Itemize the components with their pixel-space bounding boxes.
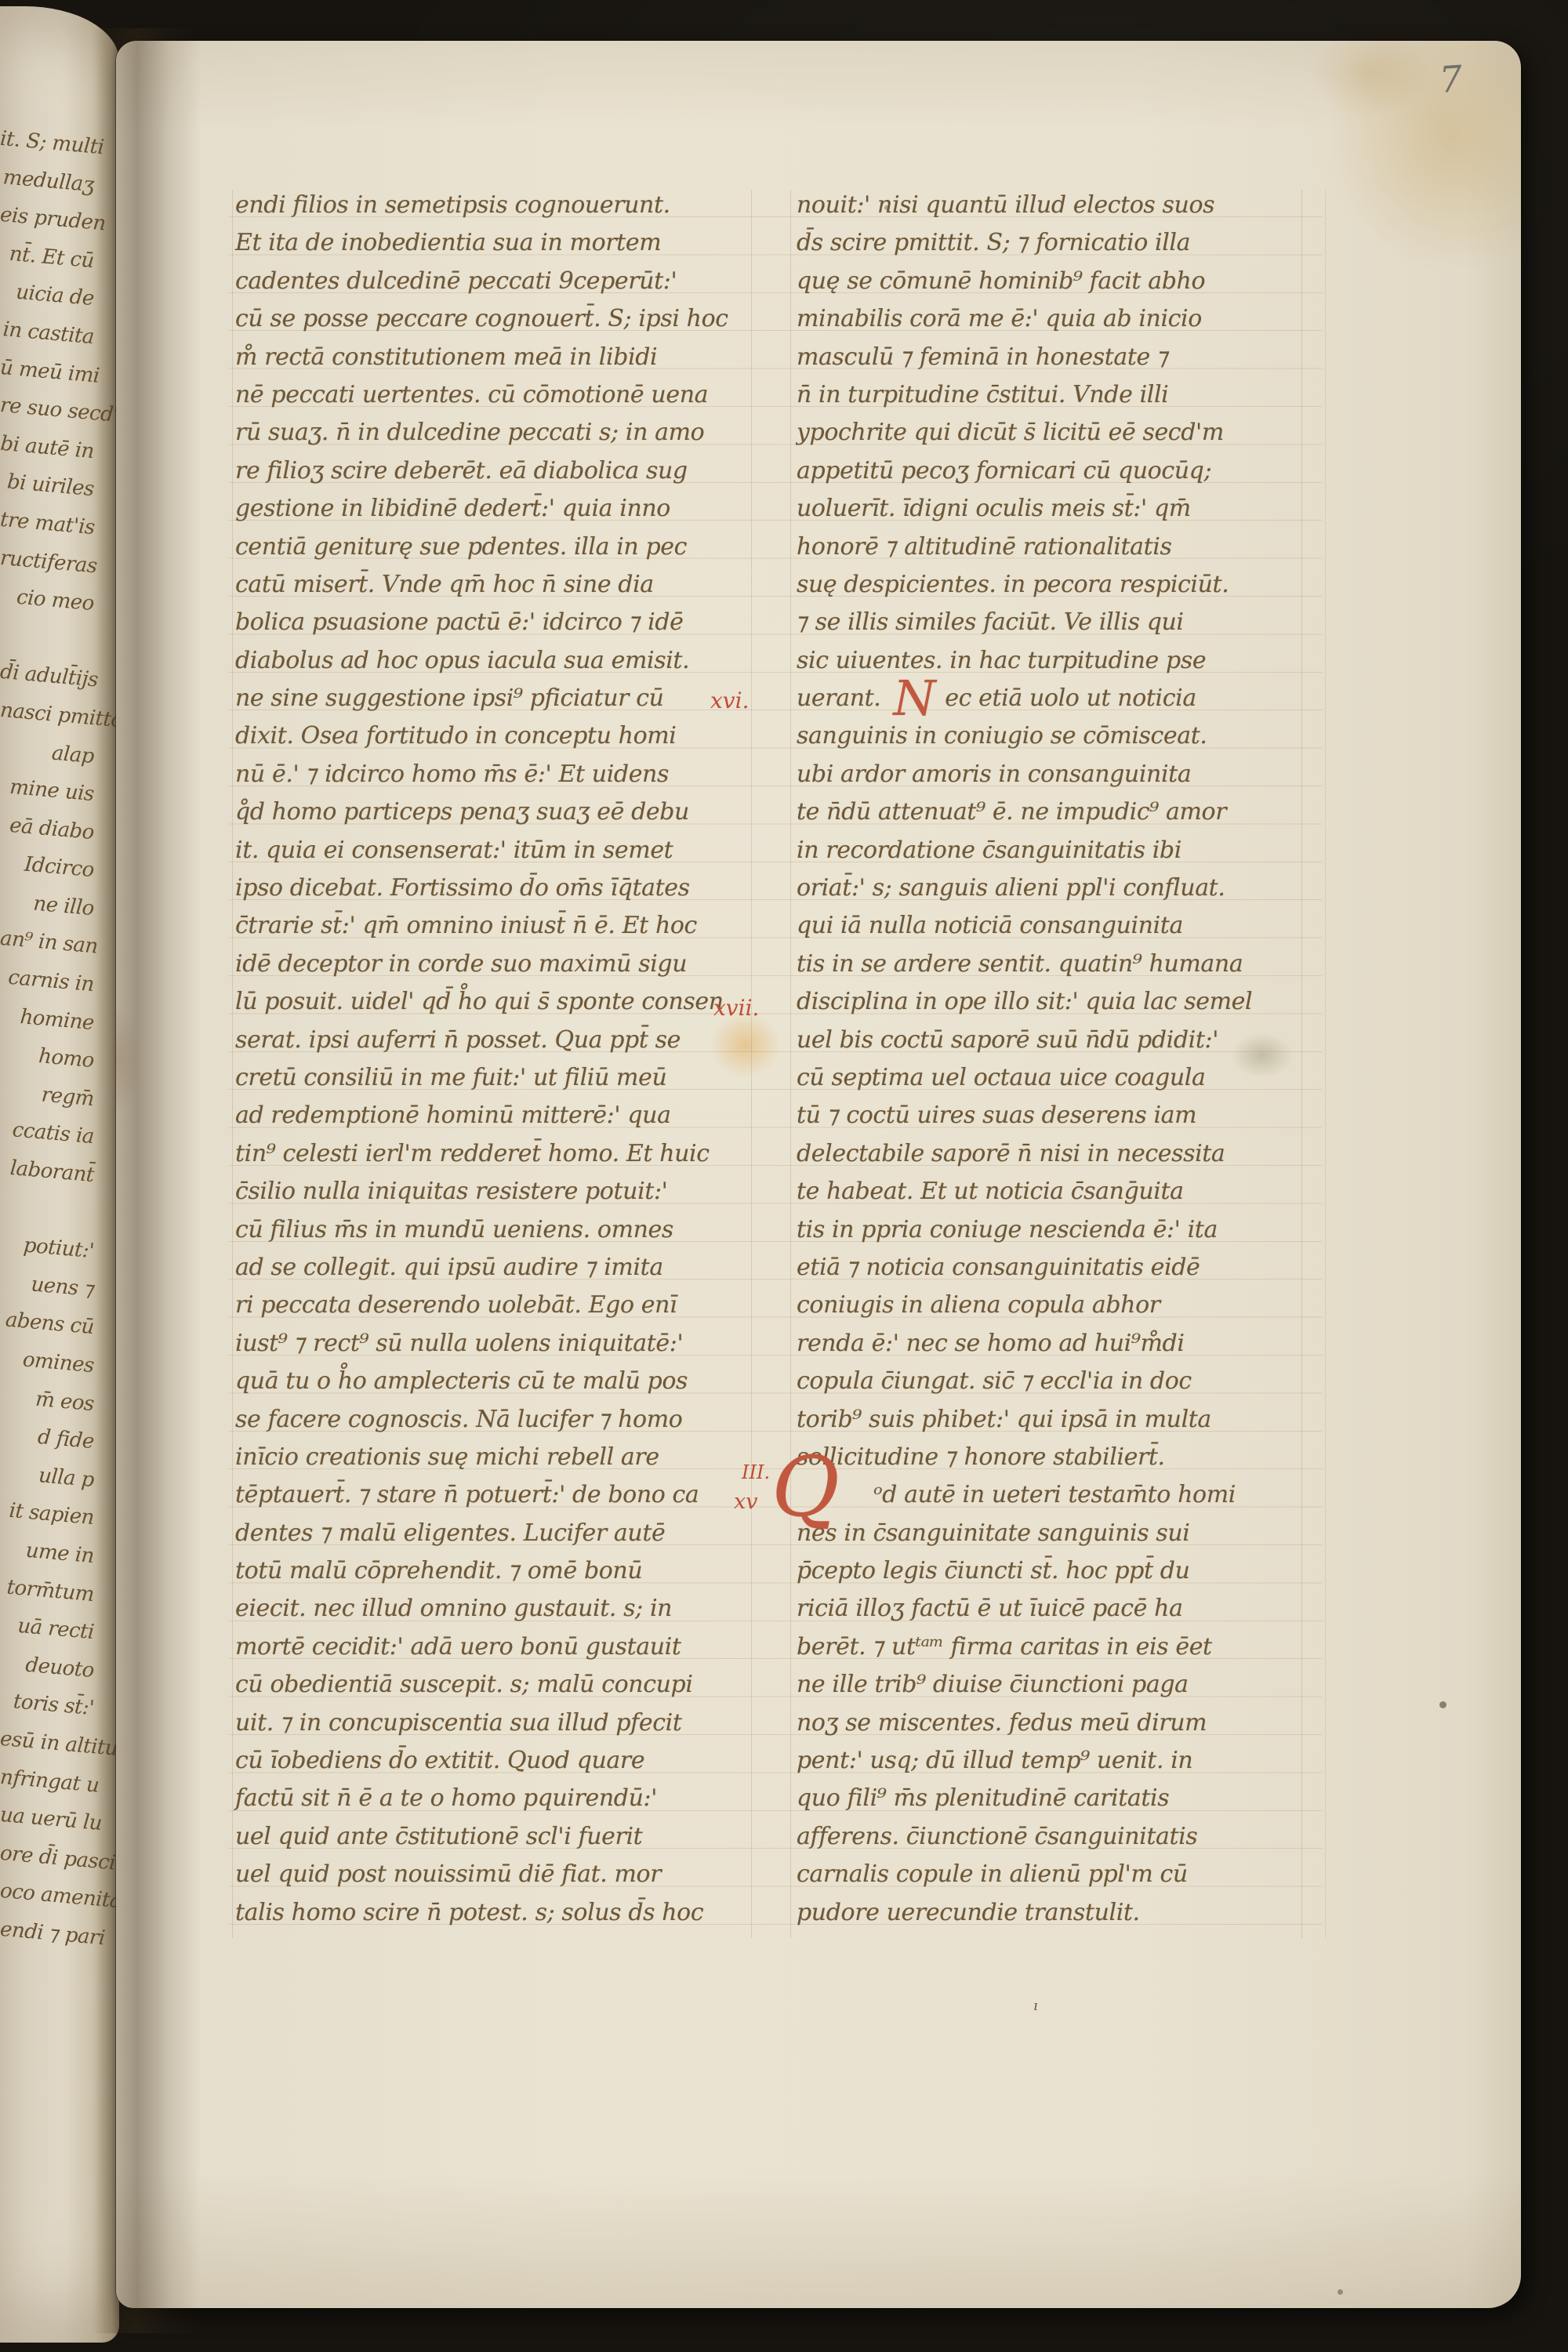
ink-speck — [1338, 2289, 1343, 2295]
text-line: eiecit. nec illud omnino gustauit. s; in — [235, 1590, 765, 1628]
text-line: copula c̄iungat. sic̄ ⁊ eccl'ia in doc — [797, 1363, 1314, 1400]
text-line: ubi ardor amoris in consanguinita — [797, 756, 1314, 793]
line14-before: uerant. — [797, 684, 880, 712]
text-line: endi filios in semetipsis cognouerunt. — [235, 187, 765, 224]
vertical-ruling-left-col-start — [232, 190, 233, 1938]
text-line: qui iā nulla noticiā consanguinita — [797, 907, 1314, 945]
text-line: Et ita de inobedientia sua in mortem — [235, 224, 765, 262]
text-line: quę se cōmunē hominib⁹ facit abho — [797, 263, 1314, 300]
text-line: honorē ⁊ altitudinē rationalitatis — [797, 528, 1314, 566]
text-line-with-initial-n: uerant.Nec etiā uolo ut noticia — [797, 680, 1314, 717]
line35-after: ᵒd autē in ueteri testam̄to homi — [873, 1481, 1236, 1508]
text-line: cū se posse peccare cognouert̄. S; ipsi … — [235, 300, 765, 338]
text-line: factū sit n̄ ē a te o homo pquirendū:' — [235, 1780, 765, 1817]
text-line: suę despicientes. in pecora respiciūt. — [797, 566, 1314, 604]
text-line: uel quid post nouissimū diē fiat. mor — [235, 1856, 765, 1893]
text-line: d̄s scire pmittit. S; ⁊ fornicatio illa — [797, 224, 1314, 262]
text-line: minabilis corā me ē:' quia ab inicio — [797, 300, 1314, 338]
chapter-rubric-xviii-lower: xv — [734, 1491, 757, 1512]
text-column-left: endi filios in semetipsis cognouerunt.Et… — [235, 187, 765, 1932]
text-line: nē peccati uertentes. cū cōmotionē uena — [235, 376, 765, 414]
vertical-ruling-outer — [1325, 190, 1326, 1938]
chapter-rubric-xvii: xvii. — [713, 997, 759, 1019]
text-line: lū posuit. uidel' qd̄ h̊o qui s̄ sponte … — [235, 983, 765, 1021]
text-line: cū īobediens d̄o extitit. Quod quare — [235, 1742, 765, 1780]
text-line: etiā ⁊ noticia consanguinitatis eidē — [797, 1249, 1314, 1287]
text-line: iust⁹ ⁊ rect⁹ sū nulla uolens iniquitatē… — [235, 1325, 765, 1363]
manuscript-photo: it. S; multimedullaʒeis prudennt̄. Et cū… — [0, 0, 1568, 2352]
text-line: oriat̄:' s; sanguis alieni ppl'i conflua… — [797, 869, 1314, 907]
text-line: diabolus ad hoc opus iacula sua emisit. — [235, 642, 765, 680]
text-line: pudore uerecundie transtulit. — [797, 1894, 1314, 1932]
text-line: disciplina in ope illo sit:' quia lac se… — [797, 983, 1314, 1021]
text-line: ypochrite qui dicūt s̄ licitū eē secd'm — [797, 414, 1314, 452]
text-line: quā tu o h̊o amplecteris cū te malū pos — [235, 1363, 765, 1400]
text-line: sanguinis in coniugio se cōmisceat. — [797, 717, 1314, 755]
text-line: centiā geniturę sue pdentes. illa in pec — [235, 528, 765, 566]
text-line: masculū ⁊ feminā in honestate ⁊ — [797, 339, 1314, 376]
text-line: c̄silio nulla iniquitas resistere potuit… — [235, 1173, 765, 1210]
text-line: tis in se ardere sentit. quatin⁹ humana — [797, 946, 1314, 983]
text-line: quo fili⁹ m̄s plenitudinē caritatis — [797, 1780, 1314, 1817]
text-line: mortē cecidit:' adā uero bonū gustauit — [235, 1628, 765, 1666]
text-line: catū misert̄. Vnde qm̄ hoc n̄ sine dia — [235, 566, 765, 604]
text-line: pent:' usq; dū illud temp⁹ uenit. in — [797, 1742, 1314, 1780]
text-line: uel quid ante c̄stitutionē scl'i fuerit — [235, 1818, 765, 1856]
text-line: gestione in libidinē dedert̄:' quia inno — [235, 490, 765, 528]
text-line: ad redemptionē hominū mitterē:' qua — [235, 1097, 765, 1134]
text-line: it. quia ei consenserat:' itūm in semet — [235, 832, 765, 869]
text-line: totū malū cōprehendit. ⁊ omē bonū — [235, 1552, 765, 1590]
text-line: te habeat. Et ut noticia c̄sanḡuita — [797, 1173, 1314, 1210]
text-line: p̄cepto legis c̄iuncti st̄. hoc ppt̄ du — [797, 1552, 1314, 1590]
text-line: tis in ppria coniuge nescienda ē:' ita — [797, 1211, 1314, 1249]
text-line: afferens. c̄iunctionē c̄sanguinitatis — [797, 1818, 1314, 1856]
text-line: serat. ipsi auferri n̄ posset. Qua ppt̄ … — [235, 1022, 765, 1059]
text-line: re filioʒ scire deberēt. eā diabolica su… — [235, 452, 765, 490]
text-line: ⁊ se illis similes faciūt. Ve illis qui — [797, 604, 1314, 641]
text-line: rū suaʒ. n̄ in dulcedine peccati s; in a… — [235, 414, 765, 452]
text-line: idē deceptor in corde suo maximū sigu — [235, 946, 765, 983]
text-line: cretū consiliū in me fuit:' ut filiū meū — [235, 1059, 765, 1097]
gutter-shadow — [91, 28, 201, 2333]
text-line: uoluerīt. īdigni oculis meis st̄:' qm̄ — [797, 490, 1314, 528]
line14-after: ec etiā uolo ut noticia — [945, 684, 1196, 712]
text-line: te n̄dū attenuat⁹ ē. ne impudic⁹ amor — [797, 793, 1314, 831]
text-line: bolica psuasione pactū ē:' idcirco ⁊ idē — [235, 604, 765, 641]
text-line: ipso dicebat. Fortissimo d̄o om̄s īq̄tat… — [235, 869, 765, 907]
text-line: cū septima uel octaua uice coagula — [797, 1059, 1314, 1097]
text-line: se facere cognoscis. Nā lucifer ⁊ homo — [235, 1401, 765, 1439]
text-line: cadentes dulcedinē peccati 9ceperūt:' — [235, 263, 765, 300]
text-line: uit. ⁊ in concupiscentia sua illud pfeci… — [235, 1704, 765, 1742]
text-line: tū ⁊ coctū uires suas deserens iam — [797, 1097, 1314, 1134]
text-line: cū obedientiā suscepit. s; malū concupi — [235, 1666, 765, 1704]
text-line: ne sine suggestione ipsi⁹ pficiatur cū — [235, 680, 765, 717]
text-line: appetitū pecoʒ fornicari cū quocūq; — [797, 452, 1314, 490]
text-line: noʒ se miscentes. fedus meū dirum — [797, 1704, 1314, 1742]
text-line: cū filius m̄s in mundū ueniens. omnes — [235, 1211, 765, 1249]
text-line: c̄trarie st̄:' qm̄ omnino iniust̄ n̄ ē. … — [235, 907, 765, 945]
vertical-ruling-right-col-start — [790, 190, 791, 1938]
text-line: ad se collegit. qui ipsū audire ⁊ imita — [235, 1249, 765, 1287]
text-line: delectabile saporē n̄ nisi in necessita — [797, 1135, 1314, 1173]
right-col-lines-1-13: nouit:' nisi quantū illud electos suosd̄… — [797, 187, 1314, 680]
text-line: torib⁹ suis phibet:' qui ipsā in multa — [797, 1401, 1314, 1439]
red-initial-q: Q — [771, 1446, 840, 1529]
quire-mark: ı — [1033, 1998, 1038, 2014]
right-col-lines-15-34: sanguinis in coniugio se cōmisceat.ubi a… — [797, 717, 1314, 1476]
text-line: talis homo scire n̄ potest. s; solus d̄s… — [235, 1894, 765, 1932]
ink-speck — [1439, 1701, 1446, 1708]
text-line: carnalis copule in alienū ppl'm cū — [797, 1856, 1314, 1893]
text-line: uel bis coctū saporē suū n̄dū pdidit:' — [797, 1022, 1314, 1059]
text-line: in recordatione c̄sanguinitatis ibi — [797, 832, 1314, 869]
text-line: inīcio creationis suę michi rebell are — [235, 1439, 765, 1476]
text-column-right: nouit:' nisi quantū illud electos suosd̄… — [797, 187, 1314, 1932]
text-line: nū ē.' ⁊ idcirco homo m̄s ē:' Et uidens — [235, 756, 765, 793]
chapter-rubric-xviii-upper: III. — [742, 1463, 770, 1482]
margin-fragment-list: it. S; multimedullaʒeis prudennt̄. Et cū… — [0, 124, 94, 1953]
text-line: m̊ rectā constitutionem meā in libidi — [235, 339, 765, 376]
text-line: ri peccata deserendo uolebāt. Ego enī — [235, 1287, 765, 1324]
text-line: sic uiuentes. in hac turpitudine pse — [797, 642, 1314, 680]
text-line: coniugis in aliena copula abhor — [797, 1287, 1314, 1324]
text-line: ne ille trib⁹ diuise c̄iunctioni paga — [797, 1666, 1314, 1704]
text-line-with-initial-q: ᵒd autē in ueteri testam̄to homi — [797, 1476, 1314, 1514]
text-line: endi ⁊ pari — [0, 1911, 96, 1957]
text-line: nouit:' nisi quantū illud electos suos — [797, 187, 1314, 224]
text-line: riciā illoʒ factū ē ut īuicē pacē ha — [797, 1590, 1314, 1628]
text-line: q̊d homo particeps penaʒ suaʒ eē debu — [235, 793, 765, 831]
text-line: dixit. Osea fortitudo in conceptu homi — [235, 717, 765, 755]
text-line: nes in c̄sanguinitate sanguinis sui — [797, 1515, 1314, 1552]
text-line: dentes ⁊ malū eligentes. Lucifer autē — [235, 1515, 765, 1552]
text-line: n̄ in turpitudine c̄stitui. Vnde illi — [797, 376, 1314, 414]
text-line: berēt. ⁊ utᵗᵃᵐ firma caritas in eis ēet — [797, 1628, 1314, 1666]
right-col-lines-36-46: nes in c̄sanguinitate sanguinis suip̄cep… — [797, 1515, 1314, 1932]
text-line: sollicitudine ⁊ honore stabiliert̄. — [797, 1439, 1314, 1476]
text-line: tēptauert̄. ⁊ stare n̄ potuert̄:' de bon… — [235, 1476, 765, 1514]
text-line: renda ē:' nec se homo ad hui⁹m̊di — [797, 1325, 1314, 1363]
chapter-rubric-xvi: xvi. — [710, 690, 749, 712]
text-line: tin⁹ celesti ierl'm redderet̄ homo. Et h… — [235, 1135, 765, 1173]
folio-number: 7 — [1438, 57, 1464, 101]
